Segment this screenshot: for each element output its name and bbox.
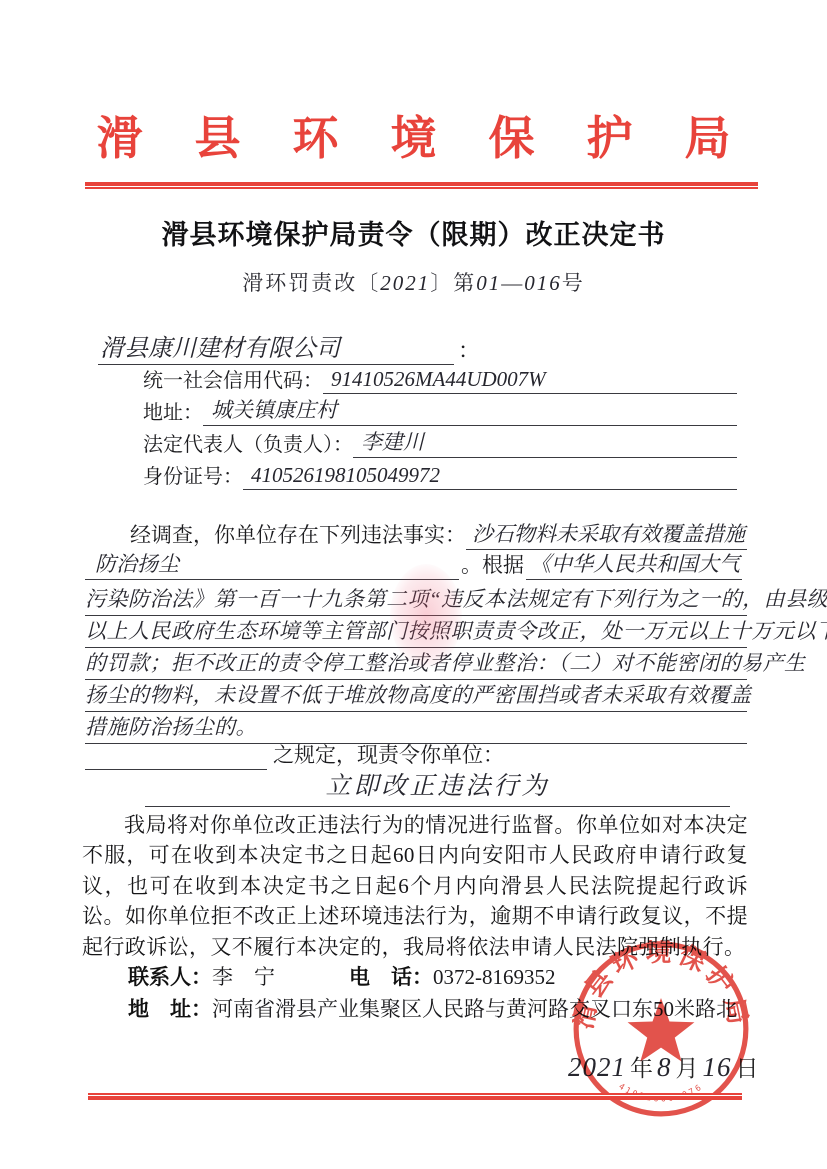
ink-smudge [390, 564, 462, 668]
order-statement-row: 之规定，现责令你单位： [85, 742, 742, 770]
findings-basis-lead: 。根据 [459, 549, 526, 580]
seal-svg: 滑县环境保护局 410526000076 [572, 940, 750, 1118]
document-number: 滑环罚责改〔2021〕第01—016号 [0, 267, 827, 297]
field-id-number: 身份证号： 410526198105049972 [143, 460, 737, 490]
field-value-handwritten: 410526198105049972 [243, 463, 737, 490]
docno-num2-handwritten: 016 [524, 271, 562, 295]
findings-lead-line: 经调查，你单位存在下列违法事实： 沙石物料未采取有效覆盖措施 [130, 520, 742, 550]
docno-num1-handwritten: 01 [476, 271, 501, 295]
contact-person-label: 联系人： [128, 965, 212, 989]
order-text-handwritten: 立即改正违法行为 [145, 770, 730, 807]
findings-basis-fill-handwritten: 《中华人民共和国大气 [526, 548, 742, 580]
recipient-colon: ： [454, 334, 480, 365]
order-statement-label: 之规定，现责令你单位： [267, 739, 504, 770]
contact-phone-value: 0372-8169352 [433, 965, 556, 989]
letterhead-agency-title: 滑县环境保护局 [0, 102, 827, 168]
docno-year-handwritten: 2021 [380, 271, 430, 295]
field-label: 地址： [143, 396, 203, 426]
findings-lead-label: 经调查，你单位存在下列违法事实： [130, 519, 466, 550]
docno-suffix: 号 [562, 271, 585, 295]
official-seal-stamp: 滑县环境保护局 410526000076 [572, 940, 750, 1118]
contact-person-value: 李 宁 [212, 965, 275, 989]
contact-row: 联系人：李 宁电 话：0372-8169352 [128, 961, 556, 991]
seal-star-icon [628, 998, 695, 1062]
law-line-handwritten: 扬尘的物料，未设置不低于堆放物高度的严密围挡或者未采取有效覆盖 [85, 680, 747, 712]
field-value-handwritten: 城关镇康庄村 [203, 394, 737, 426]
docno-dash: — [501, 271, 524, 295]
field-legal-representative: 法定代表人（负责人）： 李建川 [143, 428, 737, 458]
contact-phone-label: 电 话： [349, 965, 433, 989]
field-address: 地址： 城关镇康庄村 [143, 396, 737, 426]
contact-address-label: 地 址： [128, 997, 212, 1021]
recipient-company-row: 滑县康川建材有限公司 ： [98, 328, 480, 365]
field-label: 统一社会信用代码： [143, 364, 323, 394]
docno-prefix: 滑环罚责改〔 [242, 271, 380, 295]
footer-red-rule [88, 1093, 742, 1100]
document-title: 滑县环境保护局责令（限期）改正决定书 [0, 213, 827, 252]
field-label: 法定代表人（负责人）： [143, 428, 353, 458]
findings-fill-handwritten: 沙石物料未采取有效覆盖措施 [466, 518, 747, 550]
field-value-handwritten: 91410526MA44UD007W [323, 367, 737, 394]
field-label: 身份证号： [143, 460, 243, 490]
docno-close: 〕第 [430, 271, 476, 295]
document-page: 滑县环境保护局 滑县环境保护局责令（限期）改正决定书 滑环罚责改〔2021〕第0… [0, 0, 827, 1169]
letterhead-red-rule [85, 182, 758, 189]
field-credit-code: 统一社会信用代码： 91410526MA44UD007W [143, 364, 737, 394]
recipient-company-name: 滑县康川建材有限公司 [98, 328, 454, 365]
field-value-handwritten: 李建川 [353, 426, 737, 458]
